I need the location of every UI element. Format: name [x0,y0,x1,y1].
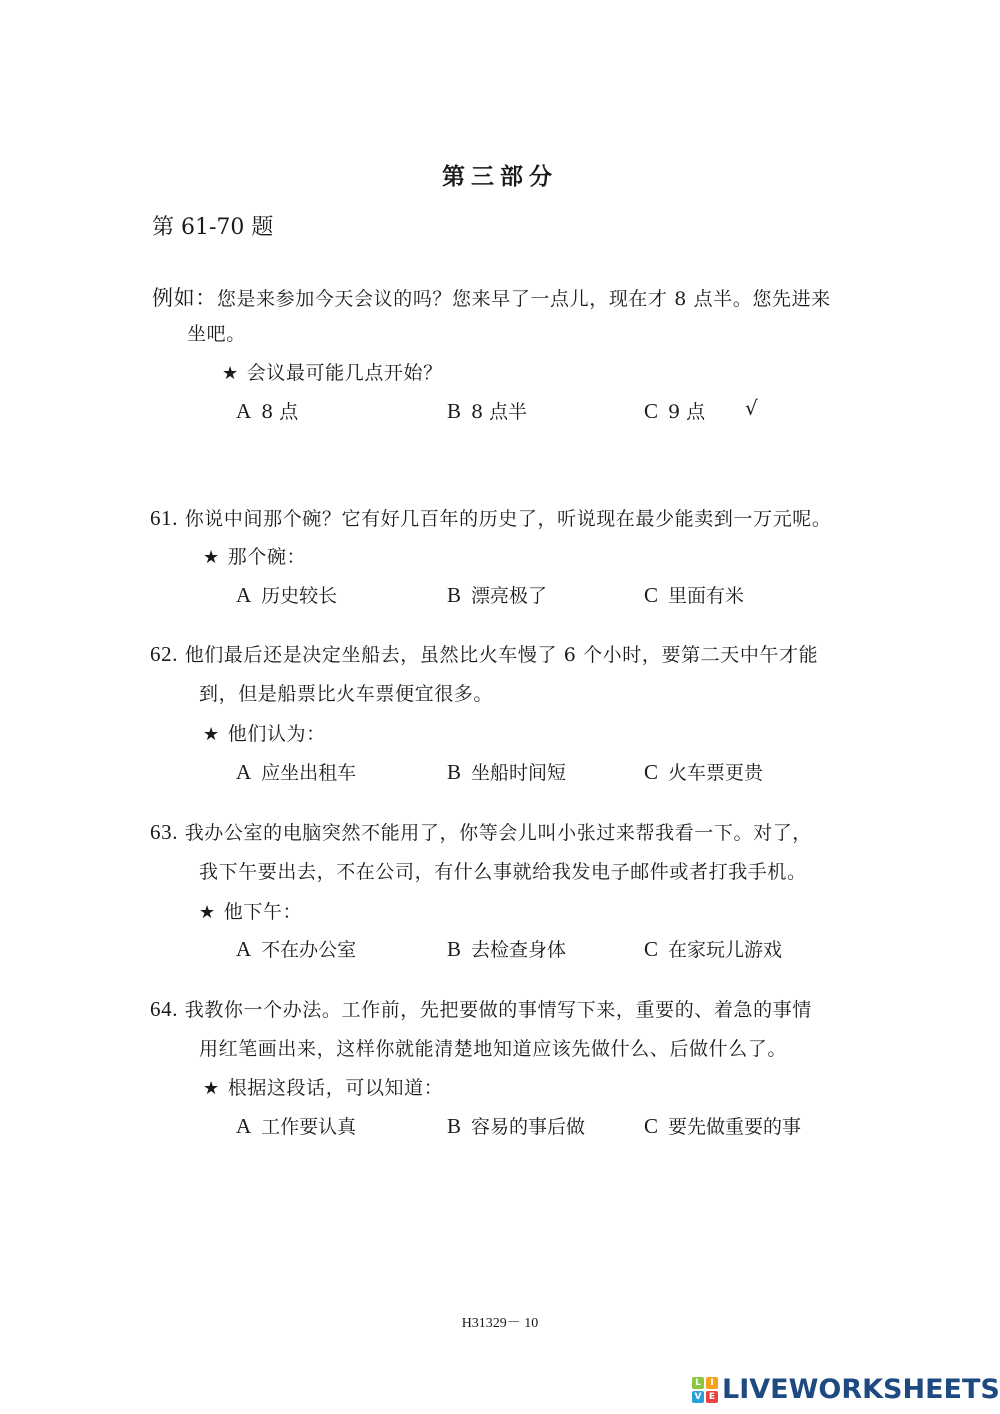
star-icon: ★ [199,902,216,923]
option-b[interactable]: B容易的事后做 [447,1112,585,1139]
question-text: 我办公室的电脑突然不能用了，你等会儿叫小张过来帮我看一下。对了， [185,822,812,844]
prompt-text: 根据这段话，可以知道： [228,1077,444,1099]
option-letter: A [236,937,251,961]
checkmark-icon: √ [745,396,758,420]
option-text: 容易的事后做 [471,1116,585,1138]
option-letter: C [644,399,658,423]
question-text-line-2: 到，但是船票比火车票便宜很多。 [199,679,493,706]
option-text: 坐船时间短 [471,762,566,784]
star-icon: ★ [222,363,239,384]
option-text: 应坐出租车 [261,762,356,784]
option-c[interactable]: C要先做重要的事 [644,1112,801,1139]
question-prompt: ★那个碗： [203,542,306,569]
option-text: 8 点半 [471,401,527,423]
example-line-2: 坐吧。 [187,319,246,346]
option-letter: C [644,760,658,784]
option-letter: A [236,760,251,784]
option-c[interactable]: C在家玩儿游戏 [644,935,782,962]
option-c[interactable]: C里面有米 [644,581,744,608]
prompt-text: 他下午： [224,901,302,923]
option-letter: C [644,1114,658,1138]
option-text: 去检查身体 [471,939,566,961]
question-text-line-2: 我下午要出去，不在公司，有什么事就给我发电子邮件或者打我手机。 [199,857,807,884]
option-letter: A [236,1114,251,1138]
liveworksheets-logo: L I V E LIVEWORKSHEETS [692,1374,1000,1405]
option-letter: C [644,937,658,961]
option-letter: B [447,937,461,961]
logo-grid-icon: L I V E [692,1377,718,1403]
option-b[interactable]: B坐船时间短 [447,758,566,785]
option-text: 里面有米 [668,585,744,607]
question-text-line: 64. 我教你一个办法。工作前，先把要做的事情写下来，重要的、着急的事情 [150,995,812,1022]
question-text-line-2: 用红笔画出来，这样你就能清楚地知道应该先做什么、后做什么了。 [199,1034,787,1061]
section-title: 第三部分 [0,158,1000,191]
question-number: 62. [150,642,178,666]
option-letter: C [644,583,658,607]
example-question-text: 会议最可能几点开始？ [247,362,443,384]
option-letter: B [447,583,461,607]
option-letter: A [236,583,251,607]
example-question: ★会议最可能几点开始？ [222,358,443,385]
option-text: 8 点 [261,401,298,423]
question-number: 63. [150,820,178,844]
question-prompt: ★他下午： [199,897,302,924]
option-a[interactable]: A不在办公室 [236,935,356,962]
option-letter: B [447,1114,461,1138]
question-prompt: ★根据这段话，可以知道： [203,1073,443,1100]
question-text-line: 62. 他们最后还是决定坐船去，虽然比火车慢了 6 个小时，要第二天中午才能 [150,640,818,667]
option-c[interactable]: C火车票更贵 [644,758,763,785]
question-text-line: 61. 你说中间那个碗？它有好几百年的历史了，听说现在最少能卖到一万元呢。 [150,504,832,531]
option-text: 要先做重要的事 [668,1116,801,1138]
star-icon: ★ [203,547,220,568]
question-number: 64. [150,997,178,1021]
option-b[interactable]: B漂亮极了 [447,581,547,608]
question-prompt: ★他们认为： [203,719,326,746]
example-label: 例如： [152,286,217,310]
logo-tile: E [706,1391,718,1403]
option-a[interactable]: A历史较长 [236,581,337,608]
question-number: 61. [150,506,178,530]
option-text: 在家玩儿游戏 [668,939,782,961]
option-letter: A [236,399,251,423]
option-text: 漂亮极了 [471,585,547,607]
example-line-1: 例如：您是来参加今天会议的吗？您来早了一点儿，现在才 8 点半。您先进来 [152,282,831,312]
example-option-b[interactable]: B8 点半 [447,397,527,424]
option-text: 历史较长 [261,585,337,607]
question-text-line: 63. 我办公室的电脑突然不能用了，你等会儿叫小张过来帮我看一下。对了， [150,818,812,845]
prompt-text: 那个碗： [228,546,306,568]
question-text: 他们最后还是决定坐船去，虽然比火车慢了 6 个小时，要第二天中午才能 [185,644,819,666]
option-text: 火车票更贵 [668,762,763,784]
question-text: 我教你一个办法。工作前，先把要做的事情写下来，重要的、着急的事情 [185,999,812,1021]
option-a[interactable]: A应坐出租车 [236,758,356,785]
logo-tile: L [692,1377,704,1389]
option-text: 9 点 [668,401,705,423]
question-text: 你说中间那个碗？它有好几百年的历史了，听说现在最少能卖到一万元呢。 [185,508,832,530]
logo-tile: I [706,1377,718,1389]
option-text: 不在办公室 [261,939,356,961]
prompt-text: 他们认为： [228,723,326,745]
option-b[interactable]: B去检查身体 [447,935,566,962]
star-icon: ★ [203,724,220,745]
example-option-c[interactable]: C9 点 [644,397,705,424]
logo-tile: V [692,1391,704,1403]
example-text: 您是来参加今天会议的吗？您来早了一点儿，现在才 8 点半。您先进来 [217,288,831,310]
option-letter: B [447,399,461,423]
option-text: 工作要认真 [261,1116,356,1138]
example-option-a[interactable]: A8 点 [236,397,298,424]
page-footer: H31329－ 10 [0,1312,1000,1332]
option-a[interactable]: A工作要认真 [236,1112,356,1139]
star-icon: ★ [203,1078,220,1099]
option-letter: B [447,760,461,784]
logo-text: LIVEWORKSHEETS [722,1374,1000,1405]
question-range: 第 61-70 题 [152,210,273,241]
